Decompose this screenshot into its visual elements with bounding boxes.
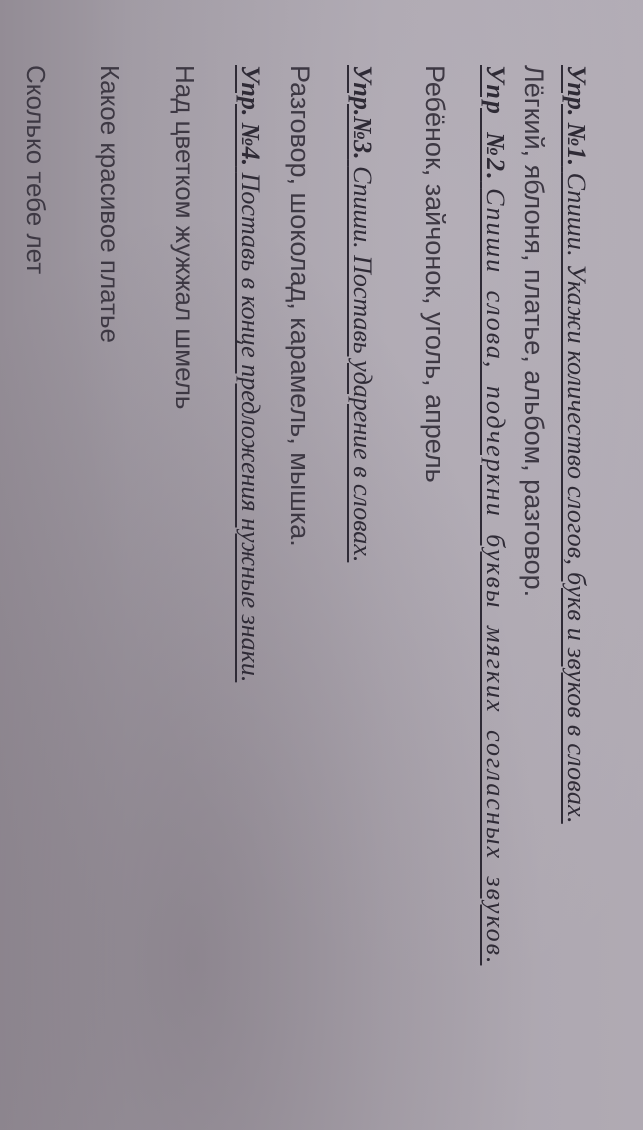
exercise-3-label: Упр.№3. (348, 65, 377, 160)
exercise-2-heading: Упр №2. Спиши слова, подчеркни буквы мяг… (482, 65, 508, 965)
exercise-4-sentence-1: Над цветком жужжал шмель (172, 65, 198, 409)
exercise-1-instruction: Спиши. Укажи количество слогов, букв и з… (562, 173, 591, 824)
exercise-3-instruction: Спиши. Поставь ударение в словах. (348, 166, 377, 562)
photo-frame: Упр. №1. Спиши. Укажи количество слогов,… (0, 0, 643, 1130)
worksheet-page: Упр. №1. Спиши. Укажи количество слогов,… (0, 0, 643, 1130)
exercise-4-heading: Упр. №4. Поставь в конце предложения нуж… (237, 65, 263, 682)
exercise-4-sentence-2: Какое красивое платье (97, 65, 123, 343)
exercise-1-words: Лёгкий, яблоня, платье, альбом, разговор… (520, 65, 547, 597)
exercise-4-label: Упр. №4. (236, 65, 265, 166)
exercise-3-heading: Упр.№3. Спиши. Поставь ударение в словах… (349, 65, 375, 562)
exercise-2-instruction: Спиши слова, подчеркни буквы мягких согл… (481, 188, 510, 965)
exercise-2-label: Упр №2. (481, 65, 510, 182)
exercise-4-instruction: Поставь в конце предложения нужные знаки… (236, 173, 265, 683)
exercise-4-sentence-3: Сколько тебе лет (23, 65, 49, 274)
exercise-1-label: Упр. №1. (562, 65, 591, 166)
exercise-1-heading: Упр. №1. Спиши. Укажи количество слогов,… (563, 65, 589, 824)
exercise-2-words: Ребёнок, зайчонок, уголь, апрель (421, 65, 448, 483)
exercise-3-words: Разговор, шоколад, карамель, мышка. (286, 65, 313, 547)
